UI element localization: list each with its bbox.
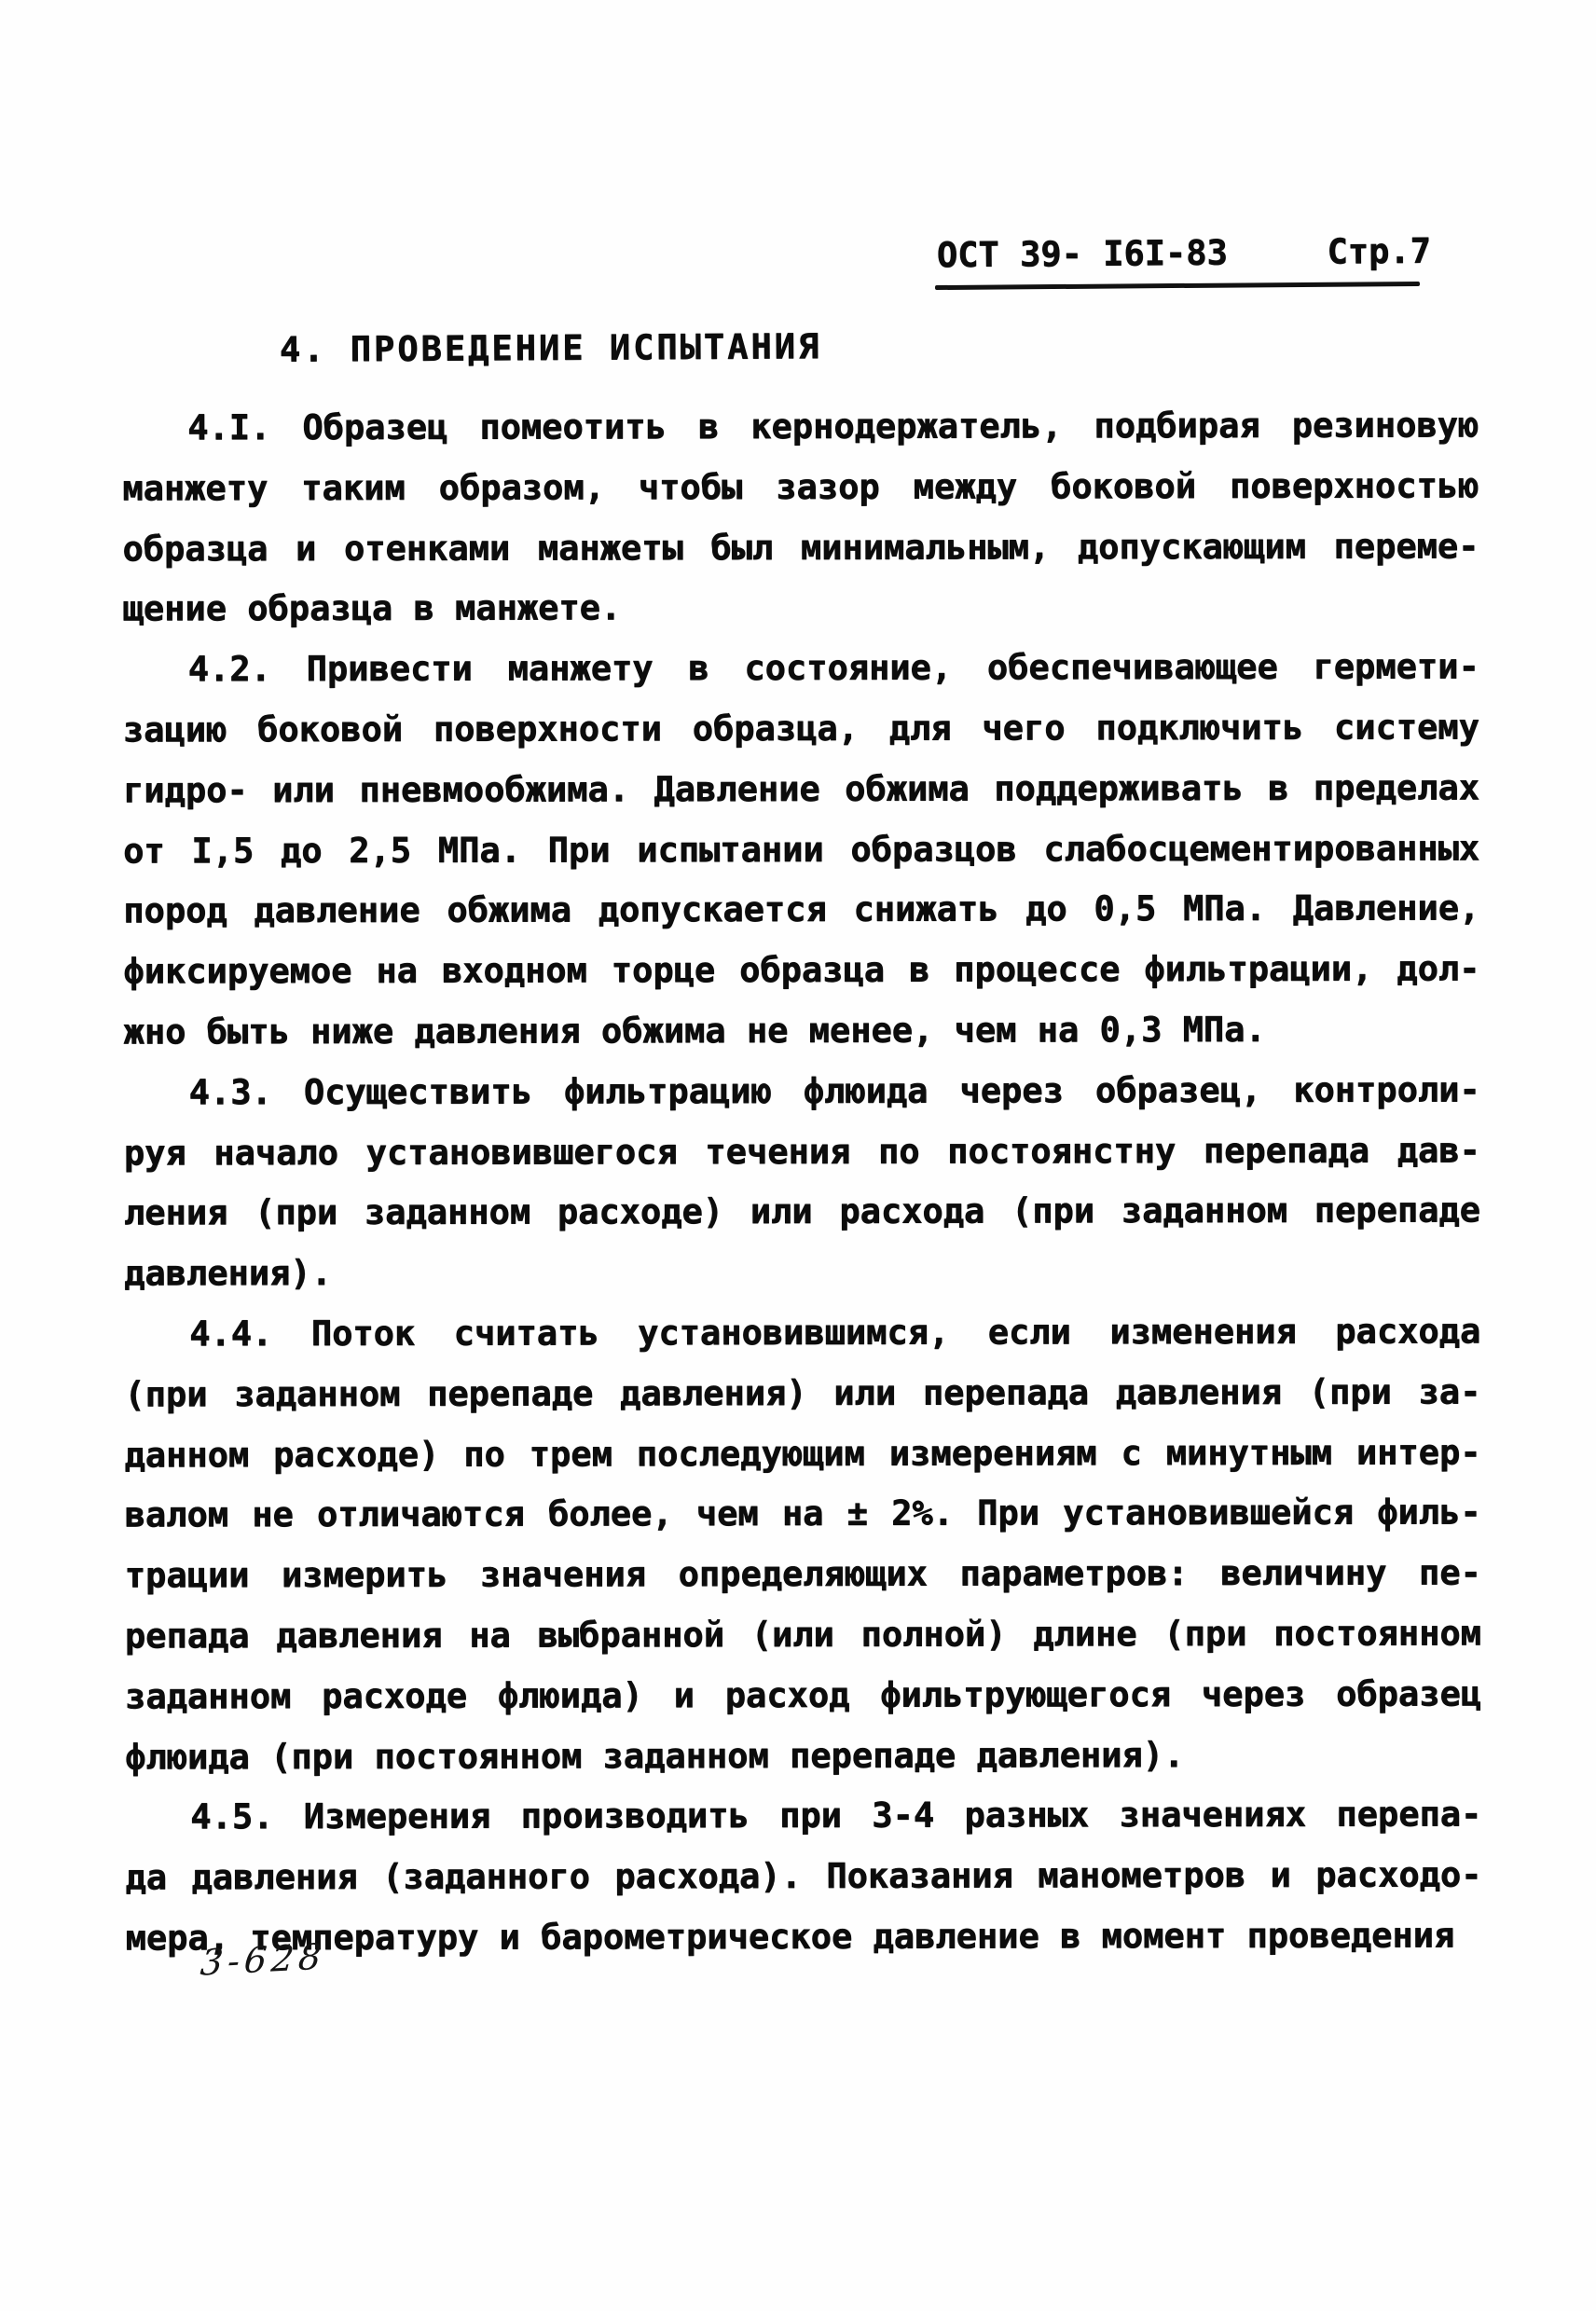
text-line: жно быть ниже давления обжима не менее, … bbox=[124, 1005, 1480, 1068]
text-line: 4.2. Привести манжету в состояние, обесп… bbox=[123, 643, 1479, 707]
text-line: от I,5 до 2,5 МПа. При испытании образцо… bbox=[123, 824, 1479, 887]
text-line: 4.I. Образец помеотить в кернодержатель,… bbox=[122, 401, 1479, 464]
scanned-document-page: ОСТ 39- I6I-83 Стр.7 4. ПРОВЕДЕНИЕ ИСПЫТ… bbox=[0, 0, 1596, 2311]
header-underline bbox=[935, 282, 1420, 290]
body-text: 4.I. Образец помеотить в кернодержатель,… bbox=[122, 401, 1482, 1974]
text-line: 4.5. Измерения производить при 3-4 разны… bbox=[125, 1791, 1481, 1854]
text-line: заданном расходе флюида) и расход фильтр… bbox=[125, 1670, 1481, 1733]
section-heading: 4. ПРОВЕДЕНИЕ ИСПЫТАНИЯ bbox=[280, 326, 822, 370]
text-line: щение образца в манжете. bbox=[123, 583, 1479, 646]
standard-number: ОСТ 39- I6I-83 bbox=[937, 233, 1228, 276]
text-line: данном расходе) по трем последующим изме… bbox=[125, 1428, 1481, 1492]
text-line: да давления (заданного расхода). Показан… bbox=[125, 1851, 1481, 1915]
page-header: ОСТ 39- I6I-83 Стр.7 bbox=[937, 231, 1431, 276]
paragraph: 4.5. Измерения производить при 3-4 разны… bbox=[125, 1791, 1481, 1974]
text-line: давления). bbox=[124, 1247, 1480, 1311]
page-number-label: Стр.7 bbox=[1327, 231, 1431, 272]
text-line: образца и отенками манжеты был минимальн… bbox=[123, 522, 1479, 585]
text-line: (при заданном перепаде давления) или пер… bbox=[124, 1368, 1480, 1431]
text-line: гидро- или пневмообжима. Давление обжима… bbox=[123, 763, 1479, 827]
paragraph: 4.2. Привести манжету в состояние, обесп… bbox=[123, 643, 1480, 1069]
paragraph: 4.4. Поток считать установившимся, если … bbox=[124, 1307, 1481, 1793]
text-line: репада давления на выбранной (или полной… bbox=[125, 1609, 1481, 1672]
text-line: 4.3. Осуществить фильтрацию флюида через… bbox=[124, 1066, 1480, 1129]
text-line: трации измерить значения определяющих па… bbox=[125, 1549, 1481, 1613]
text-line: валом не отличаются более, чем на ± 2%. … bbox=[125, 1489, 1481, 1552]
text-line: 4.4. Поток считать установившимся, если … bbox=[124, 1307, 1480, 1370]
text-line: мера, температуру и барометрическое давл… bbox=[126, 1911, 1482, 1974]
text-line: зацию боковой поверхности образца, для ч… bbox=[123, 703, 1479, 766]
handwritten-note: 3-628 bbox=[199, 1935, 327, 1983]
text-line: ления (при заданном расходе) или расхода… bbox=[124, 1187, 1480, 1250]
paragraph: 4.3. Осуществить фильтрацию флюида через… bbox=[124, 1066, 1481, 1310]
text-line: руя начало установившегося течения по по… bbox=[124, 1126, 1480, 1190]
text-line: манжету таким образом, чтобы зазор между… bbox=[122, 461, 1479, 525]
text-line: фиксируемое на входном торце образца в п… bbox=[123, 945, 1479, 1009]
text-line: пород давление обжима допускается снижат… bbox=[123, 885, 1479, 948]
text-line: флюида (при постоянном заданном перепаде… bbox=[125, 1730, 1481, 1794]
paragraph: 4.I. Образец помеотить в кернодержатель,… bbox=[122, 401, 1479, 645]
